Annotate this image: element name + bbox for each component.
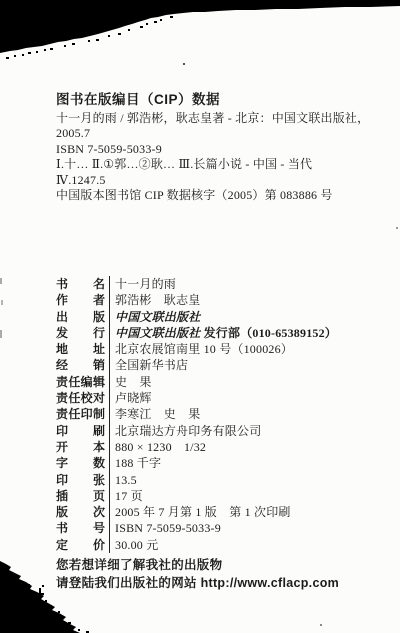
row-value: 李寒江 史 果 — [110, 406, 200, 422]
colophon-row-proofreader: 责任校对 卢晓辉 — [56, 390, 386, 406]
colophon-row-inserts: 插页 17 页 — [56, 488, 386, 504]
row-label: 书名 — [56, 276, 105, 292]
row-label: 经销 — [56, 357, 105, 373]
row-value: 17 页 — [110, 488, 143, 504]
colophon-row-retailer: 经销 全国新华书店 — [56, 357, 386, 373]
cip-line-class-number: Ⅳ.1247.5 — [56, 173, 386, 188]
cip-line-classification: Ⅰ.十… Ⅱ.①郭…②耿… Ⅲ.长篇小说 - 中国 - 当代 — [56, 157, 386, 172]
row-value: 史 果 — [110, 374, 152, 390]
colophon-row-print-supervisor: 责任印制 李寒江 史 果 — [56, 406, 386, 422]
cip-block: 图书在版编目（CIP）数据 十一月的雨 / 郭浩彬，耿志皇著 - 北京：中国文联… — [56, 91, 386, 203]
colophon-table: 书名 十一月的雨 作者 郭浩彬 耿志皇 出版 中国文联出版社 发行 中国文联出版… — [56, 276, 386, 553]
colophon-row-printer: 印刷 北京瑞达方舟印务有限公司 — [56, 423, 386, 439]
top-edge-speckle — [6, 16, 173, 59]
row-label: 出版 — [56, 309, 105, 325]
cip-line-title-statement: 十一月的雨 / 郭浩彬，耿志皇著 - 北京：中国文联出版社， — [56, 111, 386, 126]
publisher-logotype: 中国文联出版社 发行部（010-65389152） — [110, 325, 337, 341]
scanned-copyright-page: 图书在版编目（CIP）数据 十一月的雨 / 郭浩彬，耿志皇著 - 北京：中国文联… — [0, 0, 400, 633]
colophon-row-publisher: 出版 中国文联出版社 — [56, 309, 386, 325]
cip-line-isbn: ISBN 7-5059-5033-9 — [56, 142, 386, 157]
cip-line-year: 2005.7 — [56, 126, 386, 141]
distribution-dept: 发行部（010-65389152） — [204, 326, 337, 340]
colophon-row-word-count: 字数 188 千字 — [56, 455, 386, 471]
row-value: 880 × 1230 1/32 — [110, 439, 206, 455]
row-label: 责任编辑 — [56, 374, 105, 390]
cip-title: 图书在版编目（CIP）数据 — [56, 91, 386, 108]
row-label: 作者 — [56, 292, 105, 308]
colophon-row-format: 开本 880 × 1230 1/32 — [56, 439, 386, 455]
top-edge-scan-shadow — [0, 0, 400, 53]
row-value: 全国新华书店 — [110, 357, 188, 373]
row-value: 30.00 元 — [110, 537, 158, 553]
row-value: 北京农展馆南里 10 号（100026） — [110, 341, 293, 357]
footer-note: 您若想详细了解我社的出版物 请登陆我们出版社的网站 http://www.cfl… — [56, 557, 339, 592]
colophon-row-edition: 版次 2005 年 7 月第 1 版 第 1 次印刷 — [56, 504, 386, 520]
colophon-row-isbn: 书号 ISBN 7-5059-5033-9 — [56, 520, 386, 536]
colophon-row-address: 地址 北京农展馆南里 10 号（100026） — [56, 341, 386, 357]
row-label: 开本 — [56, 439, 105, 455]
row-value: 2005 年 7 月第 1 版 第 1 次印刷 — [110, 504, 291, 520]
row-value: 13.5 — [110, 472, 137, 488]
row-value: 卢晓辉 — [110, 390, 152, 406]
row-value: 十一月的雨 — [110, 276, 176, 292]
colophon-row-editor: 责任编辑 史 果 — [56, 374, 386, 390]
row-value: 188 千字 — [110, 455, 161, 471]
row-value: ISBN 7-5059-5033-9 — [110, 520, 221, 536]
row-value: 北京瑞达方舟印务有限公司 — [110, 423, 261, 439]
logotype-text: 中国文联出版社 — [115, 326, 200, 340]
row-label: 责任校对 — [56, 390, 105, 406]
row-label: 地址 — [56, 341, 105, 357]
row-label: 插页 — [56, 488, 105, 504]
footer-note-line1: 您若想详细了解我社的出版物 — [56, 557, 339, 575]
row-value: 郭浩彬 耿志皇 — [110, 292, 200, 308]
publisher-logotype: 中国文联出版社 — [110, 309, 200, 325]
cip-line-record-number: 中国版本图书馆 CIP 数据核字（2005）第 083886 号 — [56, 188, 386, 203]
row-label: 印张 — [56, 472, 105, 488]
row-label: 责任印制 — [56, 406, 105, 422]
colophon-row-price: 定价 30.00 元 — [56, 537, 386, 553]
row-label: 版次 — [56, 504, 105, 520]
colophon-row-sheets: 印张 13.5 — [56, 472, 386, 488]
row-label: 发行 — [56, 325, 105, 341]
footer-note-line2: 请登陆我们出版社的网站 http://www.cflacp.com — [56, 575, 339, 593]
colophon-row-book-title: 书名 十一月的雨 — [56, 276, 386, 292]
colophon-row-distributor: 发行 中国文联出版社 发行部（010-65389152） — [56, 325, 386, 341]
row-label: 字数 — [56, 455, 105, 471]
row-label: 定价 — [56, 537, 105, 553]
row-label: 书号 — [56, 520, 105, 536]
colophon-row-authors: 作者 郭浩彬 耿志皇 — [56, 292, 386, 308]
row-label: 印刷 — [56, 423, 105, 439]
